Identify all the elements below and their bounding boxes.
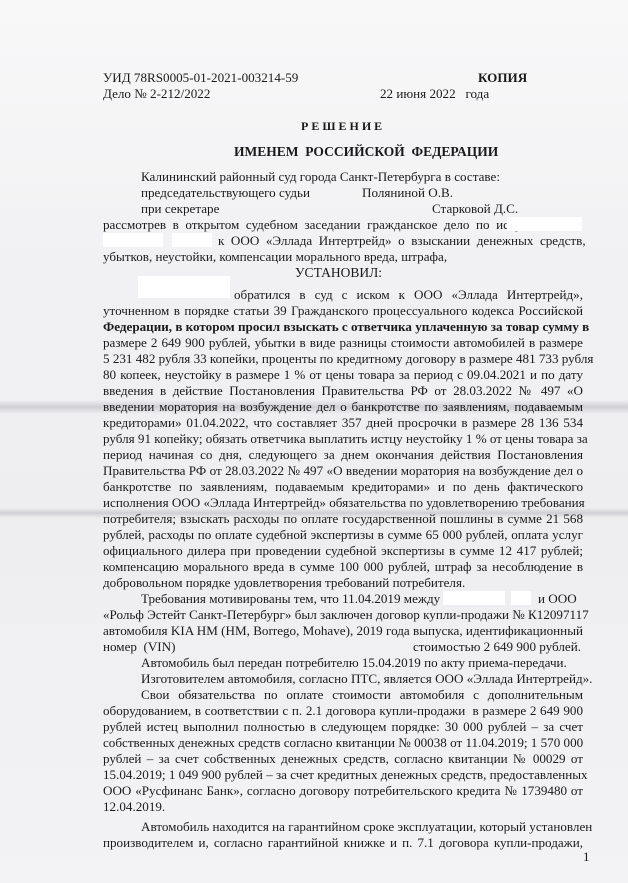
decision-date: 22 июня 2022 года <box>380 86 489 102</box>
manufacturer-line: Изготовителем автомобиля, согласно ПТС, … <box>141 671 592 687</box>
document-page: УИД 78RS0005-01-2021-003214-59 Дело № 2-… <box>0 0 628 883</box>
payment-line: 15.04.2019; 1 049 900 рублей – за счет к… <box>103 767 583 783</box>
claim-line: 5 231 482 рубля 33 копейки, проценты по … <box>103 351 583 367</box>
claim-line: исполнения ООО «Эллада Интертрейд» обяза… <box>103 495 583 511</box>
copy-mark: КОПИЯ <box>478 70 527 86</box>
payment-line: собственных денежных средств согласно кв… <box>103 735 583 751</box>
claim-line: период начиная со дня, следующего за дне… <box>103 447 583 463</box>
claim-line: 80 копеек, неустойку в размере 1 % от це… <box>103 367 583 383</box>
claim-line: обратился в суд с иском к ООО «Эллада Ин… <box>234 287 583 303</box>
motivation-line: номер (VIN) <box>103 639 176 655</box>
payment-line: Свои обязательства по оплате стоимости а… <box>141 687 583 703</box>
judge-label: председательствующего судьи <box>141 185 310 201</box>
redacted-name <box>172 233 212 247</box>
case-uid: УИД 78RS0005-01-2021-003214-59 <box>103 70 298 86</box>
secretary-name: Старковой Д.С. <box>432 201 518 217</box>
established-heading: УСТАНОВИЛ: <box>295 265 382 281</box>
claim-line: рубля 91 копейку; обязать ответчика выпл… <box>103 431 583 447</box>
payment-line: 12.04.2019. <box>103 799 165 815</box>
claim-line: добровольном порядке удовлетворения треб… <box>103 575 465 591</box>
payment-line: ООО «Русфинанс Банк», согласно договору … <box>103 783 583 799</box>
payment-line: рублей – за счет собственных денежных ср… <box>103 751 583 767</box>
secretary-label: при секретаре <box>141 201 219 217</box>
warranty-line: Автомобиль находится на гарантийном срок… <box>141 819 583 835</box>
transfer-line: Автомобиль был передан потребителю 15.04… <box>141 655 567 671</box>
document-subtitle: ИМЕНЕМ РОССИЙСКОЙ ФЕДЕРАЦИИ <box>234 144 498 160</box>
intro-line: к ООО «Эллада Интертрейд» о взыскании де… <box>218 233 583 249</box>
case-number: Дело № 2-212/2022 <box>103 86 210 102</box>
redacted-name <box>507 217 582 231</box>
payment-line: оборудованием, в соответствии с п. 2.1 д… <box>103 703 583 719</box>
intro-line: рассмотрев в открытом судебном заседании… <box>103 217 503 233</box>
claim-line: введении моратория на возбуждение дел о … <box>103 399 583 415</box>
redacted-name <box>511 591 531 605</box>
claim-line: кредиторами» 01.04.2022, что составляет … <box>103 415 583 431</box>
motivation-line: и ООО <box>538 591 577 607</box>
redacted-name <box>443 591 505 605</box>
redacted-name <box>103 233 163 247</box>
claim-line: размере 2 649 900 рублей, убытки в виде … <box>103 335 583 351</box>
motivation-line: стоимостью 2 649 900 рублей. <box>413 639 581 655</box>
claim-line: введения в действие Постановления Правит… <box>103 383 583 399</box>
claim-line: компенсацию морального вреда в сумме 100… <box>103 559 583 575</box>
claim-line: Правительства РФ от 28.03.2022 № 497 «О … <box>103 463 583 479</box>
motivation-line: «Рольф Эстейт Санкт-Петербург» был заклю… <box>103 607 583 623</box>
claim-line: официального дилера при проведении судеб… <box>103 543 583 559</box>
claim-line: потребителя; взыскать расходы по оплате … <box>103 511 583 527</box>
claim-line: банкротстве по заявлениям, подаваемым кр… <box>103 479 583 495</box>
judge-name: Поляниной О.В. <box>362 185 453 201</box>
intro-line: убытков, неустойки, компенсации морально… <box>103 249 447 265</box>
court-name: Калининский районный суд города Санкт-Пе… <box>141 169 500 185</box>
claim-line: уточненном в порядке статьи 39 Гражданск… <box>103 303 583 319</box>
redacted-name <box>138 276 230 298</box>
warranty-line: производителем и, согласно гарантийной к… <box>103 835 583 851</box>
document-title: Р Е Ш Е Н И Е <box>301 118 382 134</box>
motivation-line: автомобиля KIA HM (HM, Borrego, Mohave),… <box>103 623 583 639</box>
page-number: 1 <box>583 849 590 865</box>
claim-line: рублей, расходы по оплате судебной экспе… <box>103 527 583 543</box>
claim-line: Федерации, в котором просил взыскать с о… <box>103 319 583 335</box>
motivation-line: Требования мотивированы тем, что 11.04.2… <box>141 591 440 607</box>
payment-line: рублей истец выполнил полностью в следую… <box>103 719 583 735</box>
